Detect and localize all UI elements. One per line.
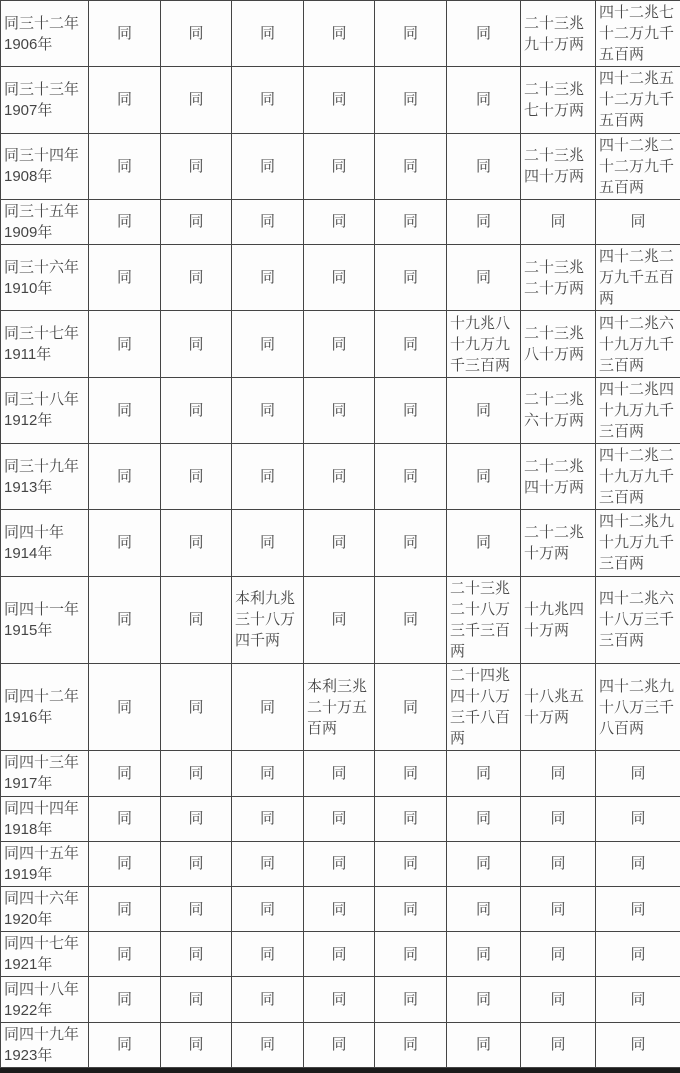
ditto-cell: 同	[89, 1022, 161, 1067]
ditto-cell: 同	[447, 443, 521, 509]
ditto-cell: 同	[304, 576, 375, 663]
year-label: 1923年	[4, 1045, 85, 1066]
ditto-cell: 同	[447, 796, 521, 841]
ditto-cell: 同	[161, 133, 232, 199]
year-label: 1914年	[4, 543, 85, 564]
year-label: 1911年	[4, 344, 85, 365]
ditto-cell: 同	[375, 751, 447, 796]
bottom-bar	[0, 1068, 680, 1073]
ditto-cell: 同	[375, 887, 447, 932]
year-label: 1917年	[4, 773, 85, 794]
amount-cell: 四十二兆二十二万九千五百两	[596, 133, 680, 199]
ditto-cell: 同	[521, 887, 596, 932]
amount-cell: 十八兆五十万两	[521, 663, 596, 750]
ditto-cell: 同	[161, 67, 232, 133]
era-label: 同四十年	[4, 522, 85, 543]
ditto-cell: 同	[161, 887, 232, 932]
year-cell: 同三十五年1909年	[1, 199, 89, 244]
ditto-cell: 同	[161, 1022, 232, 1067]
ditto-cell: 同	[521, 977, 596, 1022]
era-label: 同三十四年	[4, 145, 85, 166]
ditto-cell: 同	[375, 133, 447, 199]
year-label: 1912年	[4, 410, 85, 431]
table-row: 同四十二年1916年同同同本利三兆二十万五百两同二十四兆四十八万三千八百两十八兆…	[1, 663, 680, 750]
era-label: 同三十八年	[4, 389, 85, 410]
ditto-cell: 同	[447, 510, 521, 576]
amount-cell: 本利九兆三十八万四千两	[232, 576, 304, 663]
ditto-cell: 同	[89, 796, 161, 841]
ditto-cell: 同	[375, 977, 447, 1022]
ditto-cell: 同	[447, 932, 521, 977]
ditto-cell: 同	[447, 245, 521, 311]
ditto-cell: 同	[375, 932, 447, 977]
ditto-cell: 同	[161, 932, 232, 977]
ditto-cell: 同	[304, 510, 375, 576]
amount-cell: 四十二兆七十二万九千五百两	[596, 1, 680, 67]
ditto-cell: 同	[447, 1, 521, 67]
ditto-cell: 同	[375, 1022, 447, 1067]
table-row: 同四十六年1920年同同同同同同同同	[1, 887, 680, 932]
era-label: 同三十七年	[4, 323, 85, 344]
year-label: 1919年	[4, 864, 85, 885]
ditto-cell: 同	[447, 67, 521, 133]
ditto-cell: 同	[89, 751, 161, 796]
ditto-cell: 同	[375, 1, 447, 67]
ditto-cell: 同	[89, 887, 161, 932]
amount-cell: 二十二兆四十万两	[521, 443, 596, 509]
table-row: 同四十三年1917年同同同同同同同同	[1, 751, 680, 796]
ditto-cell: 同	[375, 67, 447, 133]
ditto-cell: 同	[521, 199, 596, 244]
year-cell: 同三十八年1912年	[1, 377, 89, 443]
ditto-cell: 同	[161, 841, 232, 886]
ditto-cell: 同	[89, 67, 161, 133]
ditto-cell: 同	[232, 887, 304, 932]
amount-cell: 二十四兆四十八万三千八百两	[447, 663, 521, 750]
year-cell: 同四十二年1916年	[1, 663, 89, 750]
ditto-cell: 同	[447, 1022, 521, 1067]
ditto-cell: 同	[232, 796, 304, 841]
year-cell: 同四十八年1922年	[1, 977, 89, 1022]
ditto-cell: 同	[89, 1, 161, 67]
ditto-cell: 同	[161, 311, 232, 377]
year-cell: 同四十一年1915年	[1, 576, 89, 663]
ditto-cell: 同	[447, 199, 521, 244]
year-cell: 同三十七年1911年	[1, 311, 89, 377]
era-label: 同四十七年	[4, 933, 85, 954]
ditto-cell: 同	[447, 977, 521, 1022]
ditto-cell: 同	[161, 796, 232, 841]
ditto-cell: 同	[304, 443, 375, 509]
ditto-cell: 同	[304, 977, 375, 1022]
table-row: 同四十年1914年同同同同同同二十二兆十万两四十二兆九十九万九千三百两	[1, 510, 680, 576]
amount-cell: 本利三兆二十万五百两	[304, 663, 375, 750]
ditto-cell: 同	[304, 932, 375, 977]
ditto-cell: 同	[596, 887, 680, 932]
table-row: 同三十二年1906年同同同同同同二十三兆九十万两四十二兆七十二万九千五百两	[1, 1, 680, 67]
era-label: 同四十六年	[4, 888, 85, 909]
ditto-cell: 同	[375, 510, 447, 576]
amount-cell: 四十二兆二万九千五百两	[596, 245, 680, 311]
ditto-cell: 同	[232, 510, 304, 576]
ditto-cell: 同	[232, 199, 304, 244]
table-row: 同三十八年1912年同同同同同同二十二兆六十万两四十二兆四十九万九千三百两	[1, 377, 680, 443]
ditto-cell: 同	[232, 443, 304, 509]
table-row: 同四十九年1923年同同同同同同同同	[1, 1022, 680, 1067]
year-cell: 同四十四年1918年	[1, 796, 89, 841]
ditto-cell: 同	[447, 133, 521, 199]
ditto-cell: 同	[232, 932, 304, 977]
year-cell: 同四十七年1921年	[1, 932, 89, 977]
ditto-cell: 同	[375, 245, 447, 311]
amount-cell: 四十二兆九十八万三千八百两	[596, 663, 680, 750]
ditto-cell: 同	[89, 133, 161, 199]
year-label: 1920年	[4, 909, 85, 930]
ditto-cell: 同	[89, 245, 161, 311]
ditto-cell: 同	[232, 245, 304, 311]
ditto-cell: 同	[304, 1, 375, 67]
table-row: 同三十七年1911年同同同同同十九兆八十九万九千三百两二十三兆八十万两四十二兆六…	[1, 311, 680, 377]
amount-cell: 四十二兆六十九万九千三百两	[596, 311, 680, 377]
era-label: 同三十九年	[4, 456, 85, 477]
year-cell: 同四十年1914年	[1, 510, 89, 576]
ditto-cell: 同	[89, 977, 161, 1022]
table-body: 同三十二年1906年同同同同同同二十三兆九十万两四十二兆七十二万九千五百两同三十…	[1, 1, 680, 1068]
amount-cell: 二十三兆八十万两	[521, 311, 596, 377]
ditto-cell: 同	[161, 245, 232, 311]
ditto-cell: 同	[304, 133, 375, 199]
ditto-cell: 同	[232, 1, 304, 67]
ditto-cell: 同	[232, 377, 304, 443]
ditto-cell: 同	[375, 841, 447, 886]
table-row: 同三十五年1909年同同同同同同同同	[1, 199, 680, 244]
ditto-cell: 同	[596, 977, 680, 1022]
year-cell: 同三十三年1907年	[1, 67, 89, 133]
year-cell: 同四十五年1919年	[1, 841, 89, 886]
table-row: 同三十九年1913年同同同同同同二十二兆四十万两四十二兆二十九万九千三百两	[1, 443, 680, 509]
amount-cell: 二十三兆二十八万三千三百两	[447, 576, 521, 663]
ditto-cell: 同	[521, 841, 596, 886]
ditto-cell: 同	[89, 576, 161, 663]
ditto-cell: 同	[596, 796, 680, 841]
ditto-cell: 同	[232, 977, 304, 1022]
year-label: 1921年	[4, 954, 85, 975]
ditto-cell: 同	[304, 887, 375, 932]
ditto-cell: 同	[596, 751, 680, 796]
ditto-cell: 同	[521, 751, 596, 796]
year-cell: 同四十三年1917年	[1, 751, 89, 796]
year-cell: 同四十六年1920年	[1, 887, 89, 932]
amount-cell: 二十三兆七十万两	[521, 67, 596, 133]
amount-cell: 四十二兆二十九万九千三百两	[596, 443, 680, 509]
table-row: 同四十五年1919年同同同同同同同同	[1, 841, 680, 886]
year-label: 1918年	[4, 819, 85, 840]
ditto-cell: 同	[304, 199, 375, 244]
ditto-cell: 同	[232, 663, 304, 750]
ditto-cell: 同	[232, 751, 304, 796]
amount-cell: 二十三兆四十万两	[521, 133, 596, 199]
ditto-cell: 同	[596, 841, 680, 886]
year-cell: 同三十九年1913年	[1, 443, 89, 509]
amount-cell: 二十三兆九十万两	[521, 1, 596, 67]
amount-cell: 十九兆四十万两	[521, 576, 596, 663]
year-label: 1906年	[4, 34, 85, 55]
era-label: 同三十三年	[4, 79, 85, 100]
ditto-cell: 同	[447, 887, 521, 932]
era-label: 同四十五年	[4, 843, 85, 864]
ditto-cell: 同	[304, 1022, 375, 1067]
ditto-cell: 同	[161, 443, 232, 509]
year-label: 1922年	[4, 1000, 85, 1021]
amount-cell: 四十二兆九十九万九千三百两	[596, 510, 680, 576]
amount-cell: 二十二兆十万两	[521, 510, 596, 576]
era-label: 同四十九年	[4, 1024, 85, 1045]
ditto-cell: 同	[375, 443, 447, 509]
era-label: 同四十三年	[4, 752, 85, 773]
amount-cell: 二十二兆六十万两	[521, 377, 596, 443]
ditto-cell: 同	[375, 199, 447, 244]
amount-cell: 四十二兆四十九万九千三百两	[596, 377, 680, 443]
ditto-cell: 同	[304, 751, 375, 796]
era-label: 同四十一年	[4, 599, 85, 620]
ditto-cell: 同	[89, 841, 161, 886]
ditto-cell: 同	[447, 751, 521, 796]
era-label: 同四十二年	[4, 686, 85, 707]
ditto-cell: 同	[89, 199, 161, 244]
ditto-cell: 同	[89, 663, 161, 750]
ditto-cell: 同	[161, 576, 232, 663]
amount-cell: 四十二兆六十八万三千三百两	[596, 576, 680, 663]
ditto-cell: 同	[161, 663, 232, 750]
ditto-cell: 同	[232, 1022, 304, 1067]
ditto-cell: 同	[304, 377, 375, 443]
year-label: 1915年	[4, 620, 85, 641]
ditto-cell: 同	[161, 377, 232, 443]
table-row: 同三十三年1907年同同同同同同二十三兆七十万两四十二兆五十二万九千五百两	[1, 67, 680, 133]
ditto-cell: 同	[596, 932, 680, 977]
ditto-cell: 同	[304, 796, 375, 841]
ditto-cell: 同	[232, 311, 304, 377]
ditto-cell: 同	[375, 663, 447, 750]
ditto-cell: 同	[161, 510, 232, 576]
ditto-cell: 同	[89, 377, 161, 443]
era-label: 同四十八年	[4, 979, 85, 1000]
ditto-cell: 同	[521, 1022, 596, 1067]
amount-cell: 四十二兆五十二万九千五百两	[596, 67, 680, 133]
ditto-cell: 同	[89, 932, 161, 977]
table-row: 同四十七年1921年同同同同同同同同	[1, 932, 680, 977]
amount-cell: 二十三兆二十万两	[521, 245, 596, 311]
ditto-cell: 同	[232, 67, 304, 133]
ditto-cell: 同	[447, 377, 521, 443]
year-cell: 同三十四年1908年	[1, 133, 89, 199]
table-row: 同四十一年1915年同同本利九兆三十八万四千两同同二十三兆二十八万三千三百两十九…	[1, 576, 680, 663]
era-label: 同三十六年	[4, 257, 85, 278]
ditto-cell: 同	[304, 841, 375, 886]
year-cell: 同四十九年1923年	[1, 1022, 89, 1067]
ditto-cell: 同	[304, 67, 375, 133]
ditto-cell: 同	[596, 1022, 680, 1067]
ditto-cell: 同	[89, 510, 161, 576]
year-label: 1907年	[4, 100, 85, 121]
year-label: 1913年	[4, 477, 85, 498]
table-row: 同四十四年1918年同同同同同同同同	[1, 796, 680, 841]
year-cell: 同三十二年1906年	[1, 1, 89, 67]
ditto-cell: 同	[161, 977, 232, 1022]
table-row: 同三十六年1910年同同同同同同二十三兆二十万两四十二兆二万九千五百两	[1, 245, 680, 311]
ditto-cell: 同	[521, 932, 596, 977]
ditto-cell: 同	[89, 443, 161, 509]
ditto-cell: 同	[232, 841, 304, 886]
era-label: 同三十二年	[4, 13, 85, 34]
ditto-cell: 同	[375, 576, 447, 663]
year-cell: 同三十六年1910年	[1, 245, 89, 311]
table-row: 同三十四年1908年同同同同同同二十三兆四十万两四十二兆二十二万九千五百两	[1, 133, 680, 199]
ditto-cell: 同	[596, 199, 680, 244]
ditto-cell: 同	[447, 841, 521, 886]
era-label: 同三十五年	[4, 201, 85, 222]
ditto-cell: 同	[375, 377, 447, 443]
ditto-cell: 同	[521, 796, 596, 841]
ledger-table: 同三十二年1906年同同同同同同二十三兆九十万两四十二兆七十二万九千五百两同三十…	[0, 0, 680, 1068]
ditto-cell: 同	[161, 751, 232, 796]
ditto-cell: 同	[375, 311, 447, 377]
ditto-cell: 同	[304, 245, 375, 311]
table-row: 同四十八年1922年同同同同同同同同	[1, 977, 680, 1022]
amount-cell: 十九兆八十九万九千三百两	[447, 311, 521, 377]
ledger-page: 同三十二年1906年同同同同同同二十三兆九十万两四十二兆七十二万九千五百两同三十…	[0, 0, 680, 1073]
ditto-cell: 同	[232, 133, 304, 199]
ditto-cell: 同	[161, 199, 232, 244]
ditto-cell: 同	[89, 311, 161, 377]
era-label: 同四十四年	[4, 798, 85, 819]
ditto-cell: 同	[375, 796, 447, 841]
year-label: 1909年	[4, 222, 85, 243]
year-label: 1910年	[4, 278, 85, 299]
year-label: 1908年	[4, 166, 85, 187]
ditto-cell: 同	[304, 311, 375, 377]
ditto-cell: 同	[161, 1, 232, 67]
year-label: 1916年	[4, 707, 85, 728]
